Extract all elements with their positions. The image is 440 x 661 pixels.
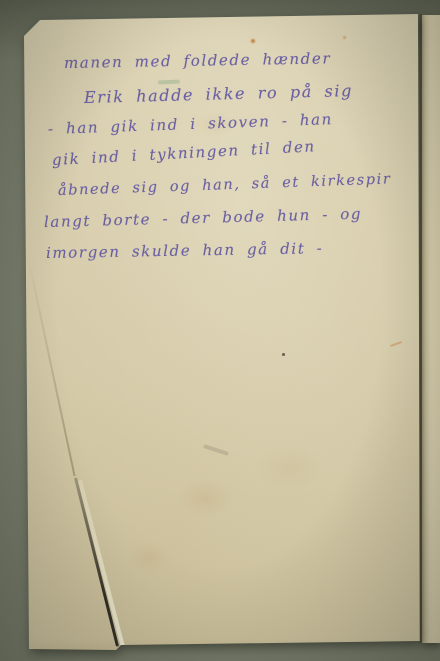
handwriting-line: Erik hadde ikke ro på sig — [84, 81, 353, 107]
handwriting-line: gik ind i tykningen til den — [52, 137, 317, 169]
pencil-smudge — [203, 444, 229, 456]
stain-blotch — [255, 445, 325, 491]
photo-background: manen med foldede hænder Erik hadde ikke… — [0, 0, 440, 661]
handwriting-line: imorgen skulde han gå dit - — [46, 239, 324, 262]
handwriting-line: manen med foldede hænder — [64, 49, 331, 72]
foxing-spot — [250, 38, 256, 44]
manuscript-page-wrap: manen med foldede hænder Erik hadde ikke… — [0, 0, 440, 661]
ink-speck — [282, 353, 285, 356]
fold-crease — [419, 14, 422, 643]
paper-tear-highlight — [78, 480, 125, 648]
stain-blotch — [128, 540, 172, 574]
ink-smudge — [158, 80, 180, 85]
handwriting-line: langt borte - der bode hun - og — [44, 205, 363, 231]
paper-crease — [27, 257, 75, 476]
scratch-mark — [390, 341, 402, 347]
manuscript-page: manen med foldede hænder Erik hadde ikke… — [0, 0, 440, 661]
handwriting-line: åbnede sig og han, så et kirkespir — [58, 171, 392, 199]
foxing-spot — [342, 35, 347, 40]
handwriting-line: - han gik ind i skoven - han — [48, 110, 333, 138]
stain-blotch — [178, 478, 234, 518]
paper-tear — [74, 477, 119, 646]
